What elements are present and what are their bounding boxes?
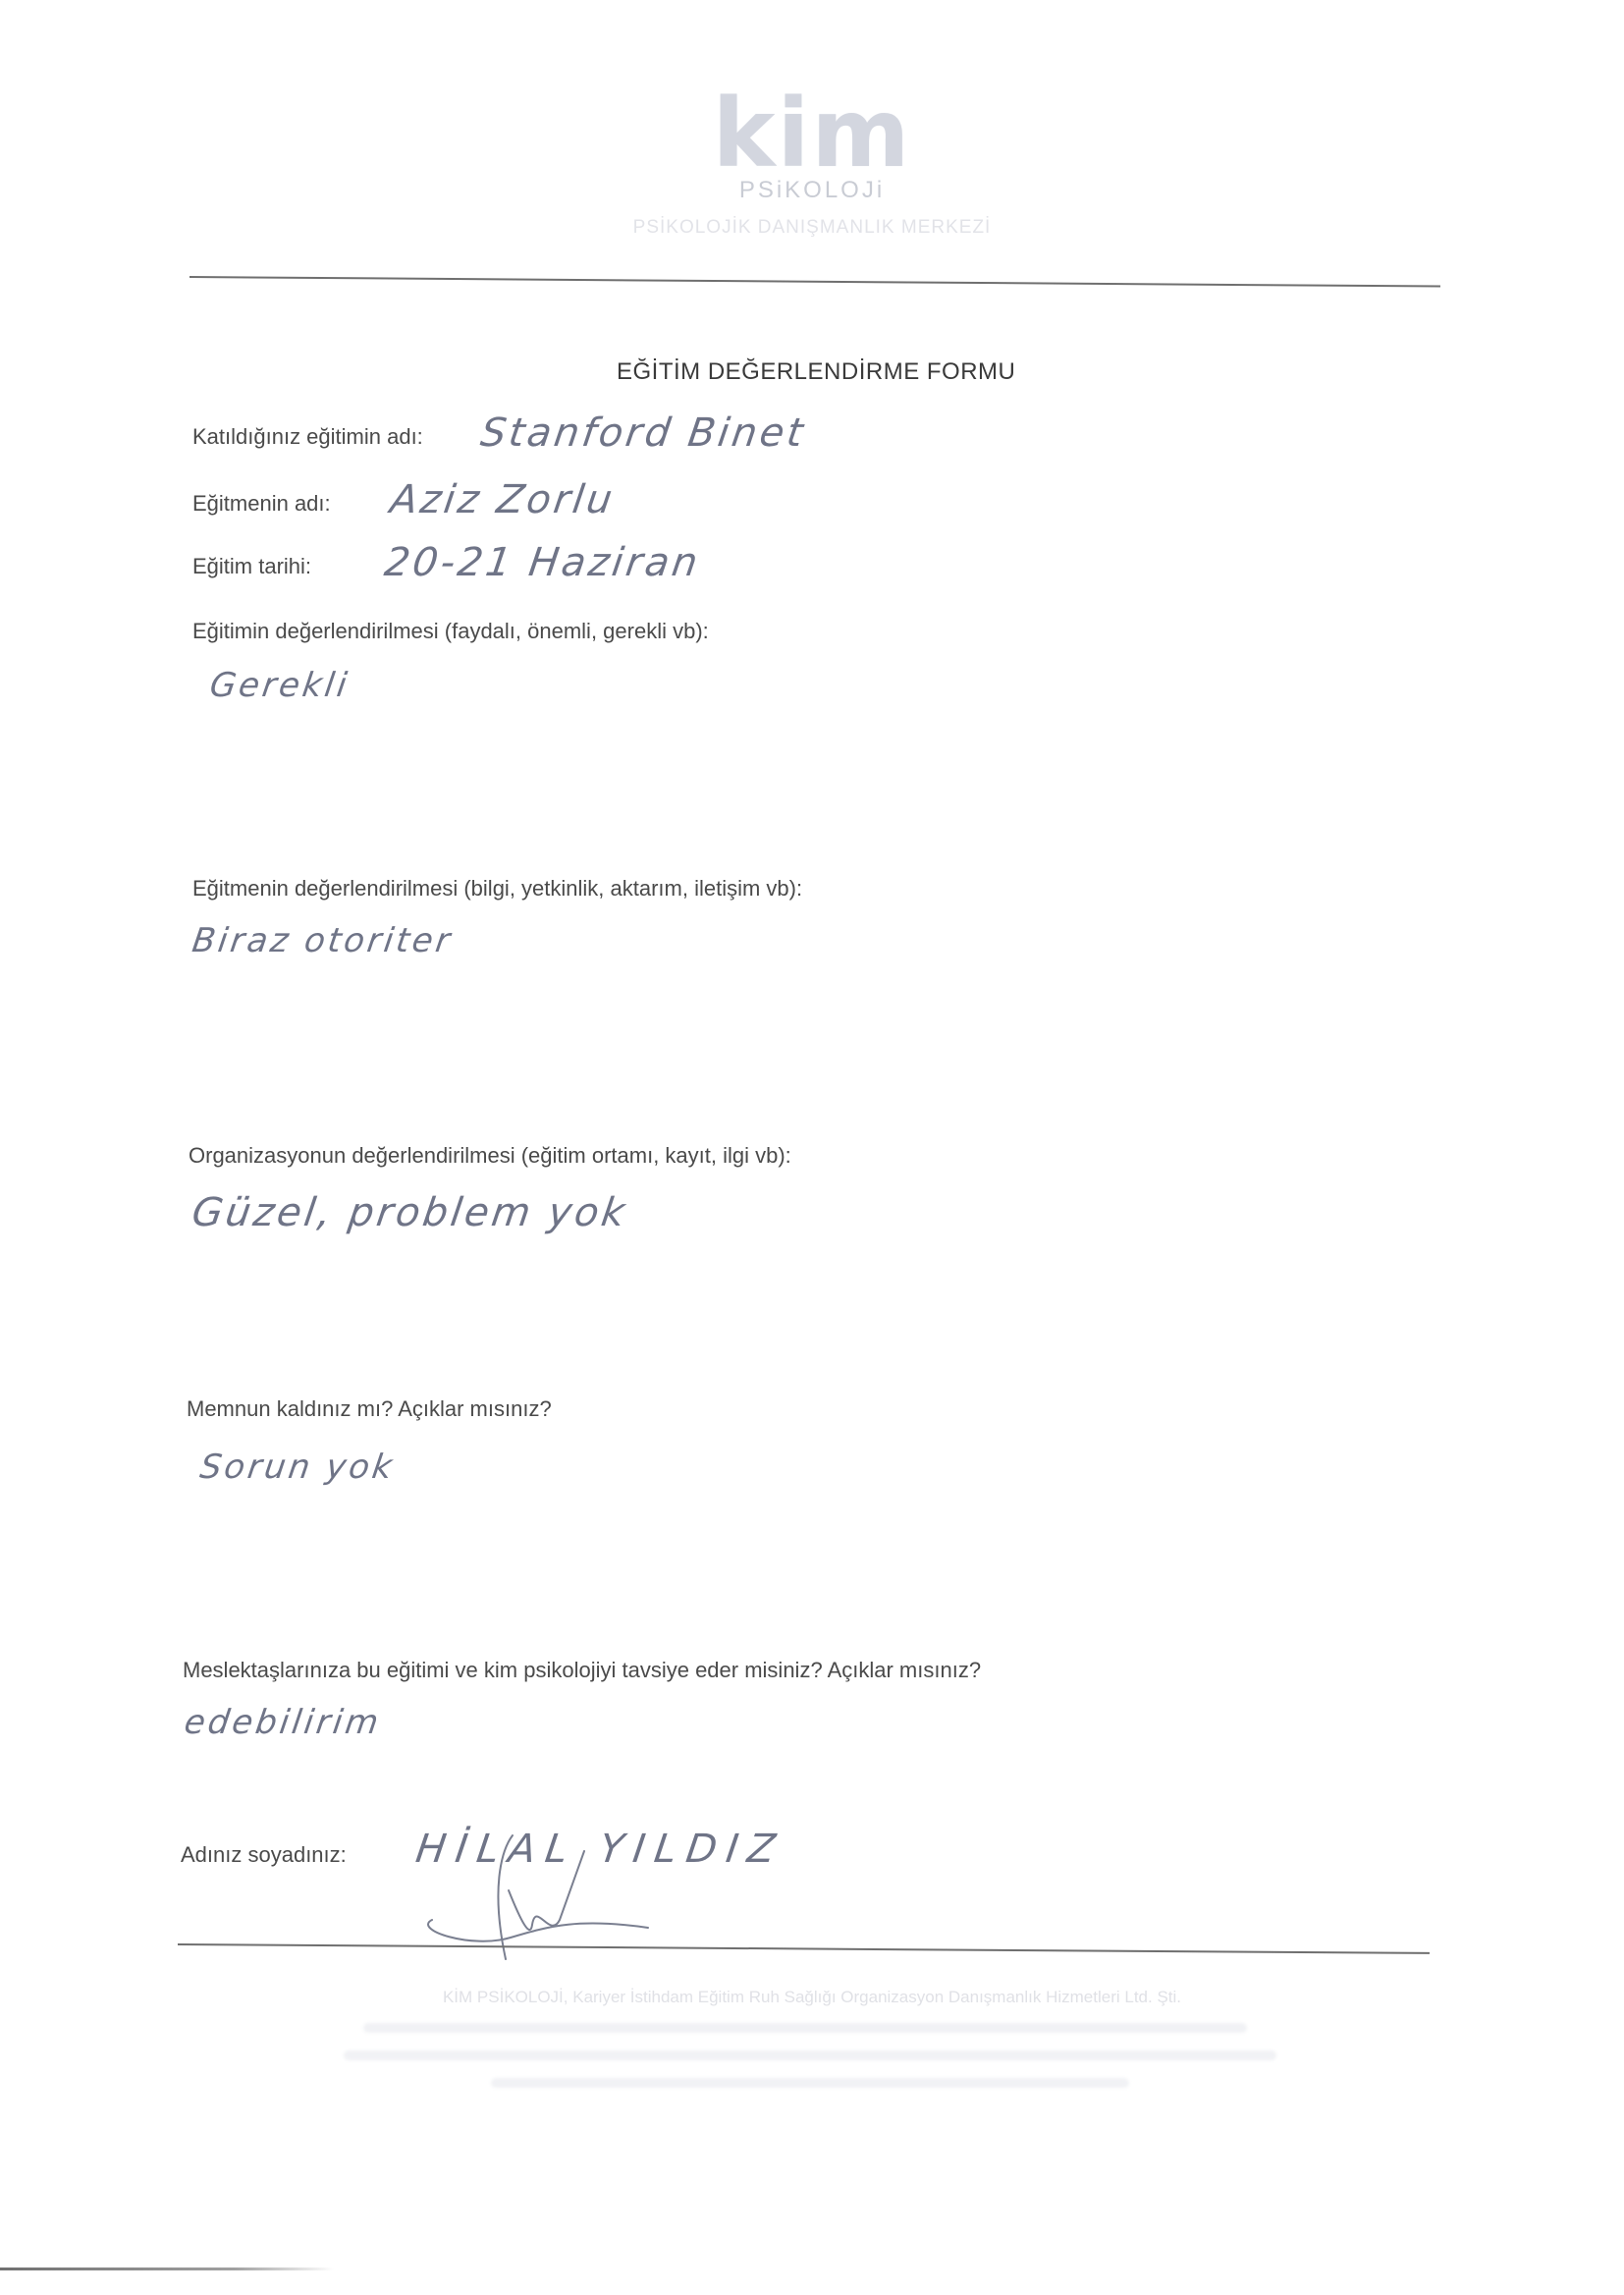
form-title: EĞİTİM DEĞERLENDİRME FORMU xyxy=(617,358,1015,386)
training-date-value: 20-21 Haziran xyxy=(382,540,703,585)
kim-logo: kim xyxy=(0,86,1624,181)
training-evaluation-answer: Gerekli xyxy=(207,666,352,705)
recommendation-answer: edebilirim xyxy=(182,1703,384,1742)
satisfaction-answer: Sorun yok xyxy=(197,1448,398,1487)
trainer-evaluation-label: Eğitmenin değerlendirilmesi (bilgi, yetk… xyxy=(192,876,802,902)
satisfaction-label: Memnun kaldınız mı? Açıklar mısınız? xyxy=(187,1396,552,1422)
training-name-value: Stanford Binet xyxy=(478,410,809,456)
footer-address-line xyxy=(363,2023,1247,2033)
scan-edge xyxy=(0,2268,334,2270)
logo-subtitle: PSiKOLOJi xyxy=(0,177,1624,204)
full-name-label: Adınız soyadınız: xyxy=(181,1842,347,1868)
organization-evaluation-label: Organizasyonun değerlendirilmesi (eğitim… xyxy=(189,1143,791,1169)
letterhead-tagline: PSİKOLOJİK DANIŞMANLIK MERKEZİ xyxy=(0,217,1624,239)
trainer-evaluation-answer: Biraz otoriter xyxy=(189,921,455,960)
training-name-label: Katıldığınız eğitimin adı: xyxy=(192,424,423,450)
recommendation-label: Meslektaşlarınıza bu eğitimi ve kim psik… xyxy=(183,1658,981,1683)
training-evaluation-label: Eğitimin değerlendirilmesi (faydalı, öne… xyxy=(192,619,709,644)
signature-divider xyxy=(178,1943,1430,1954)
footer-company: KİM PSİKOLOJİ, Kariyer İstihdam Eğitim R… xyxy=(0,1988,1624,2007)
footer-extra-line xyxy=(491,2078,1129,2088)
trainer-name-label: Eğitmenin adı: xyxy=(192,491,331,517)
footer-contact-line xyxy=(344,2050,1276,2060)
trainer-name-value: Aziz Zorlu xyxy=(388,477,618,522)
training-date-label: Eğitim tarihi: xyxy=(192,554,311,579)
organization-evaluation-answer: Güzel, problem yok xyxy=(189,1190,630,1235)
header-divider xyxy=(189,276,1440,288)
